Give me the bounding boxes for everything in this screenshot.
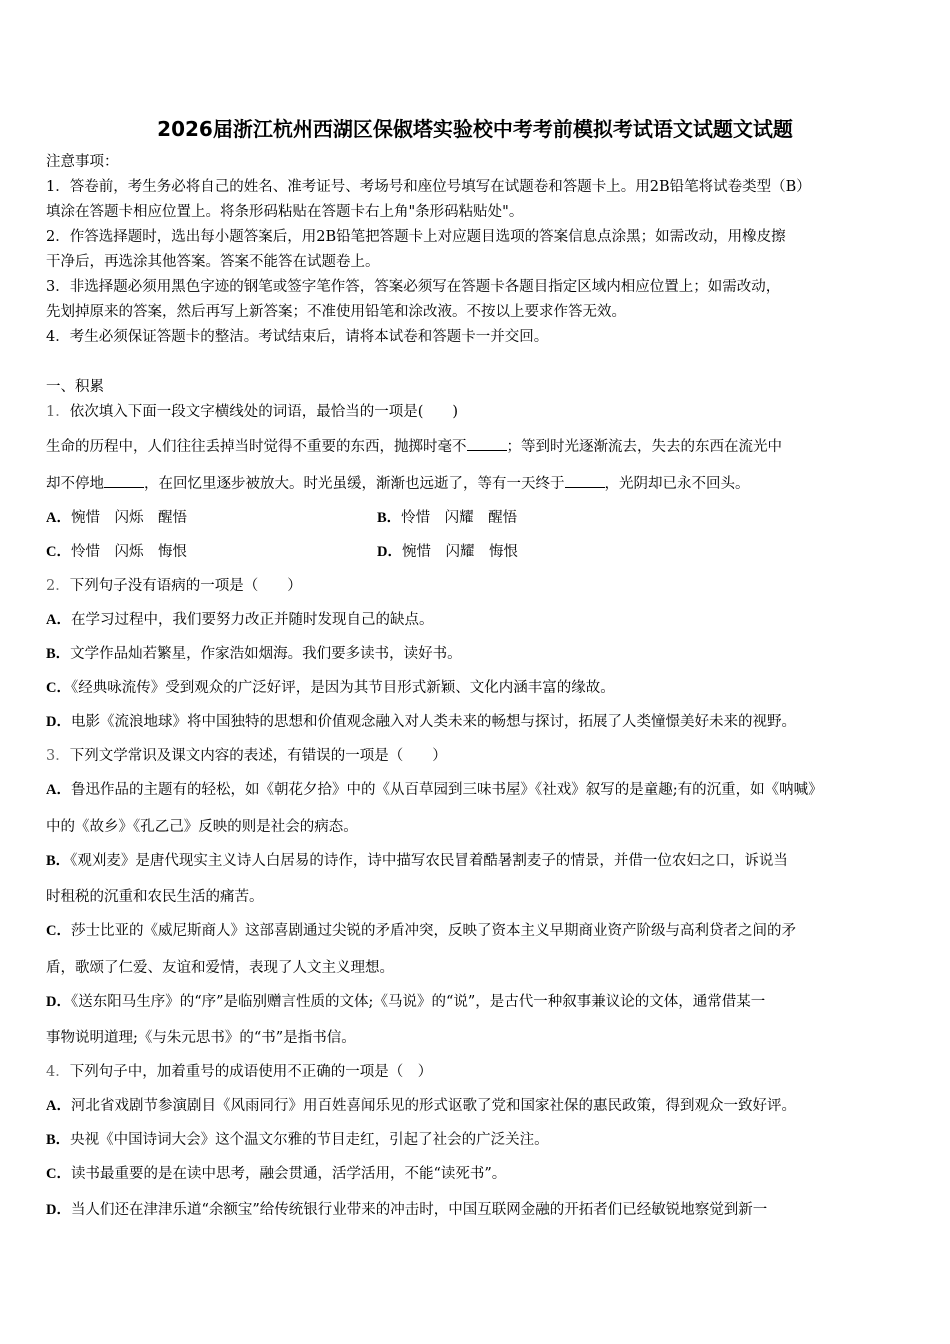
notice-heading: 注意事项： <box>46 152 119 172</box>
option-label: B． <box>46 853 70 869</box>
option-label: A． <box>46 1098 71 1114</box>
option-label: D． <box>46 1202 71 1218</box>
option-text: 《观刈麦》是唐代现实主义诗人白居易的诗作，诗中描写农民冒着酷暑割麦子的情景，并借… <box>70 853 788 869</box>
option-text: 文学作品灿若繁星，作家浩如烟海。我们要多读书，读好书。 <box>70 646 462 662</box>
question-1-passage-line: 却不停地，在回忆里逐步被放大。时光虽缓，渐渐也远逝了，等有一天终于，光阴却已永不… <box>46 473 750 494</box>
option-b: B．怜惜 闪耀 醒悟 <box>377 508 517 528</box>
option-text: 在学习过程中，我们要努力改正并随时发现自己的缺点。 <box>71 612 434 628</box>
option-c-cont: 盾，歌颂了仁爱、友谊和爱情，表现了人文主义理想。 <box>46 958 394 978</box>
option-text: 惋惜 闪耀 悔恨 <box>402 544 518 560</box>
passage-text: 却不停地 <box>46 476 104 492</box>
passage-text: ，光阴却已永不回头。 <box>605 476 750 492</box>
page-title: 2026届浙江杭州西湖区保俶塔实验校中考考前模拟考试语文试题文试题 <box>0 113 950 142</box>
option-c: C．《经典咏流传》受到观众的广泛好评，是因为其节目形式新颖、文化内涵丰富的缘故。 <box>46 678 615 698</box>
passage-text: ，在回忆里逐步被放大。时光虽缓，渐渐也远逝了，等有一天终于 <box>144 476 565 492</box>
option-c: C．读书最重要的是在读中思考，融会贯通，活学活用，不能“读死书”。 <box>46 1164 506 1184</box>
option-label: D． <box>377 544 402 560</box>
question-text: 下列文学常识及课文内容的表述，有错误的一项是（ ） <box>70 748 447 764</box>
option-text: 莎士比亚的《威尼斯商人》这部喜剧通过尖锐的矛盾冲突，反映了资本主义早期商业资产阶… <box>71 923 796 939</box>
question-number: 4． <box>46 1064 70 1080</box>
option-text: 当人们还在津津乐道“余额宝”给传统银行业带来的冲击时，中国互联网金融的开拓者们已… <box>71 1202 767 1218</box>
option-label: C． <box>46 544 71 560</box>
option-text: 怜惜 闪耀 醒悟 <box>401 510 517 526</box>
question-1-stem: 1．依次填入下面一段文字横线处的词语，最恰当的一项是( ) <box>46 402 458 422</box>
notice-line: 1．答卷前，考生务必将自己的姓名、准考证号、考场号和座位号填写在试题卷和答题卡上… <box>46 177 811 197</box>
question-number: 2． <box>46 578 70 594</box>
question-number: 3． <box>46 748 70 764</box>
question-4-stem: 4．下列句子中，加着重号的成语使用不正确的一项是（ ） <box>46 1062 432 1082</box>
fill-blank <box>565 473 605 488</box>
option-a: A．惋惜 闪烁 醒悟 <box>46 508 187 528</box>
option-label: A． <box>46 510 71 526</box>
option-b: B．央视《中国诗词大会》这个温文尔雅的节目走红，引起了社会的广泛关注。 <box>46 1130 549 1150</box>
option-text: 惋惜 闪烁 醒悟 <box>71 510 187 526</box>
option-label: D． <box>46 714 71 730</box>
option-a-cont: 中的《故乡》《孔乙己》反映的则是社会的病态。 <box>46 817 358 837</box>
question-text: 下列句子没有语病的一项是（ ） <box>70 578 302 594</box>
notice-line: 先划掉原来的答案，然后再写上新答案；不准使用铅笔和涂改液。不按以上要求作答无效。 <box>46 302 626 322</box>
notice-line: 填涂在答题卡相应位置上。将条形码粘贴在答题卡右上角"条形码粘贴处"。 <box>46 202 523 222</box>
option-label: D． <box>46 994 71 1010</box>
option-a: A．鲁迅作品的主题有的轻松，如《朝花夕拾》中的《从百草园到三味书屋》《社戏》叙写… <box>46 780 823 800</box>
question-number: 1． <box>46 404 70 420</box>
option-a: A．河北省戏剧节参演剧目《风雨同行》用百姓喜闻乐见的形式讴歌了党和国家社保的惠民… <box>46 1096 796 1116</box>
notice-line: 4．考生必须保证答题卡的整洁。考试结束后，请将本试卷和答题卡一并交回。 <box>46 327 548 347</box>
passage-text: 生命的历程中，人们往往丢掉当时觉得不重要的东西，抛掷时毫不 <box>46 439 467 455</box>
option-b: B．文学作品灿若繁星，作家浩如烟海。我们要多读书，读好书。 <box>46 644 462 664</box>
notice-line: 2．作答选择题时，选出每小题答案后，用2B铅笔把答题卡上对应题目选项的答案信息点… <box>46 227 786 247</box>
option-label: B． <box>46 646 70 662</box>
notice-line: 3．非选择题必须用黑色字迹的钢笔或签字笔作答，答案必须写在答题卡各题目指定区域内… <box>46 277 780 297</box>
section-heading: 一、积累 <box>46 377 104 397</box>
option-label: C． <box>46 680 71 696</box>
passage-text: ；等到时光逐渐流去，失去的东西在流光中 <box>507 439 783 455</box>
option-label: B． <box>377 510 401 526</box>
option-b-cont: 时租税的沉重和农民生活的痛苦。 <box>46 887 264 907</box>
fill-blank <box>104 473 144 488</box>
option-d-cont: 事物说明道理;《与朱元思书》的“书”是指书信。 <box>46 1028 356 1048</box>
option-c: C．莎士比亚的《威尼斯商人》这部喜剧通过尖锐的矛盾冲突，反映了资本主义早期商业资… <box>46 921 796 941</box>
option-label: A． <box>46 612 71 628</box>
option-text: 怜惜 闪烁 悔恨 <box>71 544 187 560</box>
option-label: C． <box>46 923 71 939</box>
option-label: C． <box>46 1166 71 1182</box>
option-b: B．《观刈麦》是唐代现实主义诗人白居易的诗作，诗中描写农民冒着酷暑割麦子的情景，… <box>46 851 788 871</box>
option-text: 《经典咏流传》受到观众的广泛好评，是因为其节目形式新颖、文化内涵丰富的缘故。 <box>71 680 615 696</box>
option-d: D．当人们还在津津乐道“余额宝”给传统银行业带来的冲击时，中国互联网金融的开拓者… <box>46 1200 767 1220</box>
option-label: A． <box>46 782 71 798</box>
fill-blank <box>467 436 507 451</box>
question-2-stem: 2．下列句子没有语病的一项是（ ） <box>46 576 302 596</box>
option-text: 电影《流浪地球》将中国独特的思想和价值观念融入对人类未来的畅想与探讨，拓展了人类… <box>71 714 796 730</box>
exam-page: 2026届浙江杭州西湖区保俶塔实验校中考考前模拟考试语文试题文试题 注意事项： … <box>0 0 950 1344</box>
option-label: B． <box>46 1132 70 1148</box>
notice-line: 干净后，再选涂其他答案。答案不能答在试题卷上。 <box>46 252 380 272</box>
option-d: D．《送东阳马生序》的“序”是临别赠言性质的文体;《马说》的“说”，是古代一种叙… <box>46 992 765 1012</box>
option-d: D．电影《流浪地球》将中国独特的思想和价值观念融入对人类未来的畅想与探讨，拓展了… <box>46 712 796 732</box>
option-text: 河北省戏剧节参演剧目《风雨同行》用百姓喜闻乐见的形式讴歌了党和国家社保的惠民政策… <box>71 1098 796 1114</box>
option-text: 《送东阳马生序》的“序”是临别赠言性质的文体;《马说》的“说”，是古代一种叙事兼… <box>71 994 765 1010</box>
question-1-passage-line: 生命的历程中，人们往往丢掉当时觉得不重要的东西，抛掷时毫不；等到时光逐渐流去，失… <box>46 436 782 457</box>
question-text: 下列句子中，加着重号的成语使用不正确的一项是（ ） <box>70 1064 433 1080</box>
option-text: 读书最重要的是在读中思考，融会贯通，活学活用，不能“读死书”。 <box>71 1166 506 1182</box>
option-a: A．在学习过程中，我们要努力改正并随时发现自己的缺点。 <box>46 610 433 630</box>
question-3-stem: 3．下列文学常识及课文内容的表述，有错误的一项是（ ） <box>46 746 447 766</box>
question-text: 依次填入下面一段文字横线处的词语，最恰当的一项是( ) <box>70 404 458 420</box>
option-d: D．惋惜 闪耀 悔恨 <box>377 542 518 562</box>
option-text: 鲁迅作品的主题有的轻松，如《朝花夕拾》中的《从百草园到三味书屋》《社戏》叙写的是… <box>71 782 823 798</box>
option-c: C．怜惜 闪烁 悔恨 <box>46 542 187 562</box>
option-text: 央视《中国诗词大会》这个温文尔雅的节目走红，引起了社会的广泛关注。 <box>70 1132 549 1148</box>
